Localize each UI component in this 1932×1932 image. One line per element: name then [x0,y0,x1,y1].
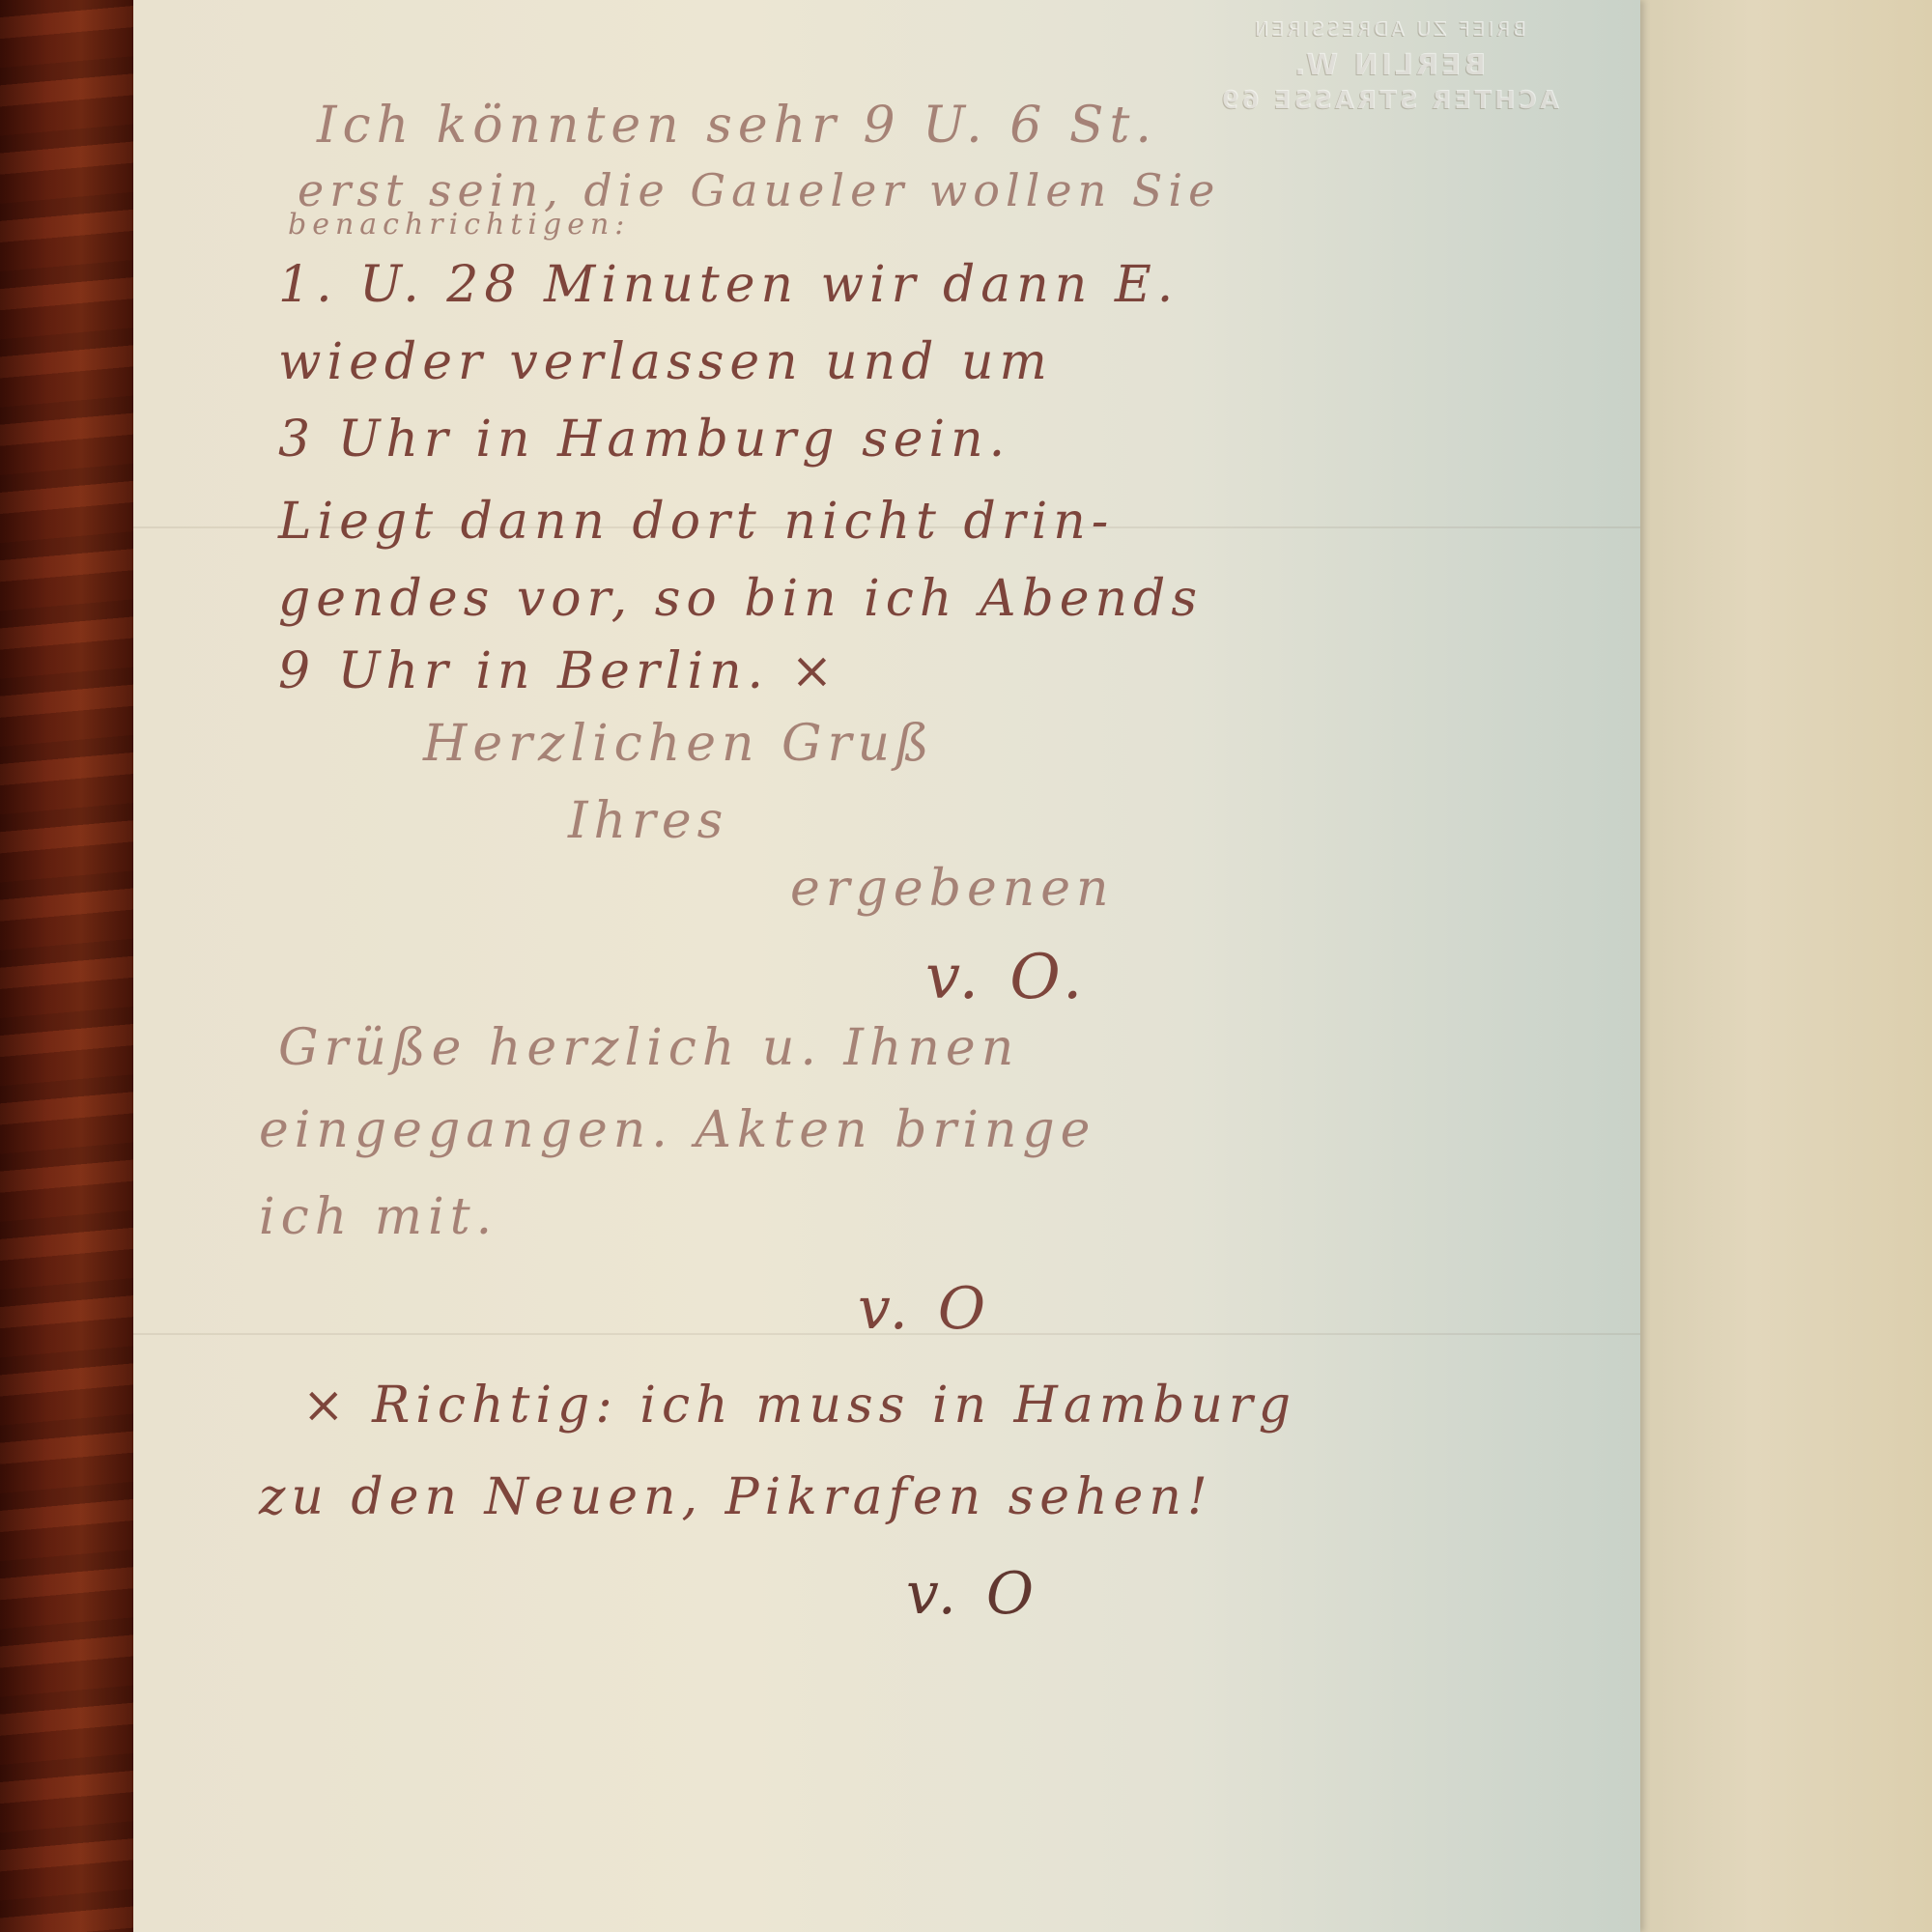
letter-line: wieder verlassen und um [278,333,1053,391]
letter-line: 1. U. 28 Minuten wir dann E. [278,256,1179,314]
postscript-initials: v. O [906,1560,1039,1628]
postscript-line: zu den Neuen, Pikrafen sehen! [259,1468,1213,1526]
letter-line: 9 Uhr in Berlin. × [278,642,838,700]
second-sheet [1633,0,1932,1932]
letter-line: Ich könnten sehr 9 U. 6 St. [317,97,1157,155]
closing-line: Herzlichen Gruß [423,715,935,773]
letter-sheet: BRIEF ZU ADRESSIREN BERLIN W. ACHTER STR… [133,0,1640,1932]
letter-line: ich mit. [259,1188,497,1246]
letter-line: Liegt dann dort nicht drin- [278,493,1114,551]
emboss-line: ACHTER STRASSE 69 [1177,86,1602,115]
letter-line: benachrichtigen: [288,208,630,241]
signature: v. O. [925,942,1088,1013]
embossed-letterhead: BRIEF ZU ADRESSIREN BERLIN W. ACHTER STR… [1177,8,1602,115]
emboss-line: BERLIN W. [1177,48,1602,82]
wooden-table [0,0,135,1932]
emboss-line: BRIEF ZU ADRESSIREN [1177,17,1602,41]
closing-line: ergebenen [790,860,1115,918]
letter-line: 3 Uhr in Hamburg sein. [278,411,1010,469]
letter-line: eingegangen. Akten bringe [259,1101,1095,1159]
postscript-line: × Richtig: ich muss in Hamburg [302,1377,1296,1435]
letter-line: gendes vor, so bin ich Abends [278,570,1203,628]
closing-line: Ihres [568,792,728,850]
letter-line: Grüße herzlich u. Ihnen [278,1019,1019,1077]
signature-initials: v. O [858,1275,991,1343]
